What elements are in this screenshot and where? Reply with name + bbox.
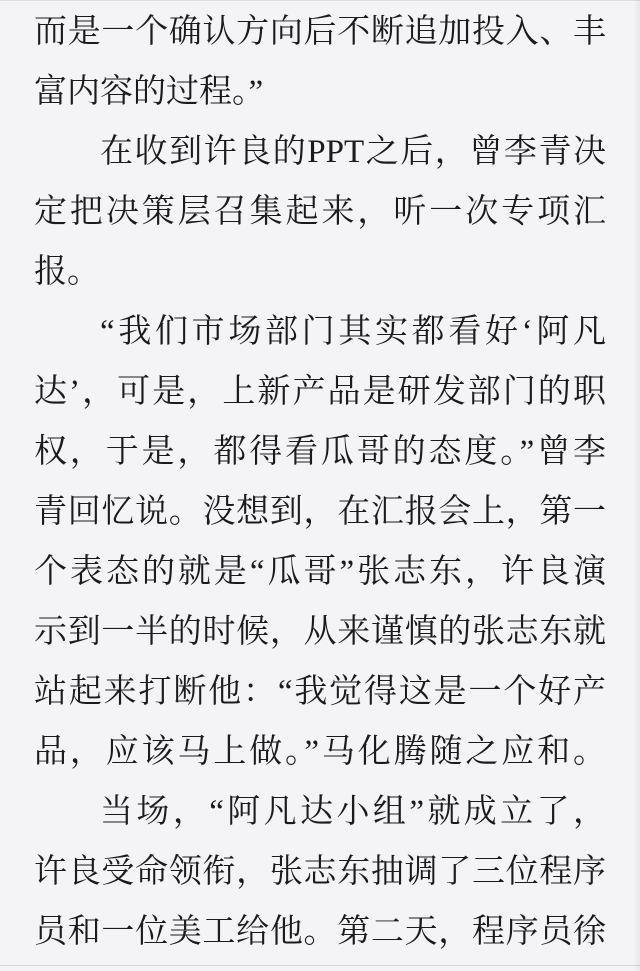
- text-line: 达’，可是，上新产品是研发部门的职: [34, 362, 606, 422]
- text-line: 示到一半的时候，从来谨慎的张志东就: [34, 602, 606, 662]
- text-line: 品，应该马上做。”马化腾随之应和。: [34, 722, 606, 782]
- ebook-reader-page[interactable]: 而是一个确认方向后不断追加投入、丰富内容的过程。”在收到许良的PPT之后，曾李青…: [0, 0, 640, 971]
- text-line: 当场，“阿凡达小组”就成立了，: [34, 782, 606, 842]
- text-line: 青回忆说。没想到，在汇报会上，第一: [34, 482, 606, 542]
- page-text-block: 而是一个确认方向后不断追加投入、丰富内容的过程。”在收到许良的PPT之后，曾李青…: [34, 2, 606, 962]
- text-line: “我们市场部门其实都看好‘阿凡: [34, 302, 606, 362]
- text-line: 在收到许良的PPT之后，曾李青决: [34, 122, 606, 182]
- text-line: 个表态的就是“瓜哥”张志东，许良演: [34, 542, 606, 602]
- text-line: 而是一个确认方向后不断追加投入、丰: [34, 2, 606, 62]
- text-line: 定把决策层召集起来，听一次专项汇: [34, 182, 606, 242]
- text-line: 富内容的过程。”: [34, 62, 606, 122]
- page-top-edge: [0, 0, 640, 1]
- text-line: 许良受命领衔，张志东抽调了三位程序: [34, 842, 606, 902]
- text-line: 报。: [34, 242, 606, 302]
- text-line: 站起来打断他：“我觉得这是一个好产: [34, 662, 606, 722]
- page-right-edge-shadow: [633, 0, 640, 971]
- page-bottom-edge: [0, 965, 640, 966]
- text-line: 员和一位美工给他。第二天，程序员徐: [34, 902, 606, 962]
- text-line: 权，于是，都得看瓜哥的态度。”曾李: [34, 422, 606, 482]
